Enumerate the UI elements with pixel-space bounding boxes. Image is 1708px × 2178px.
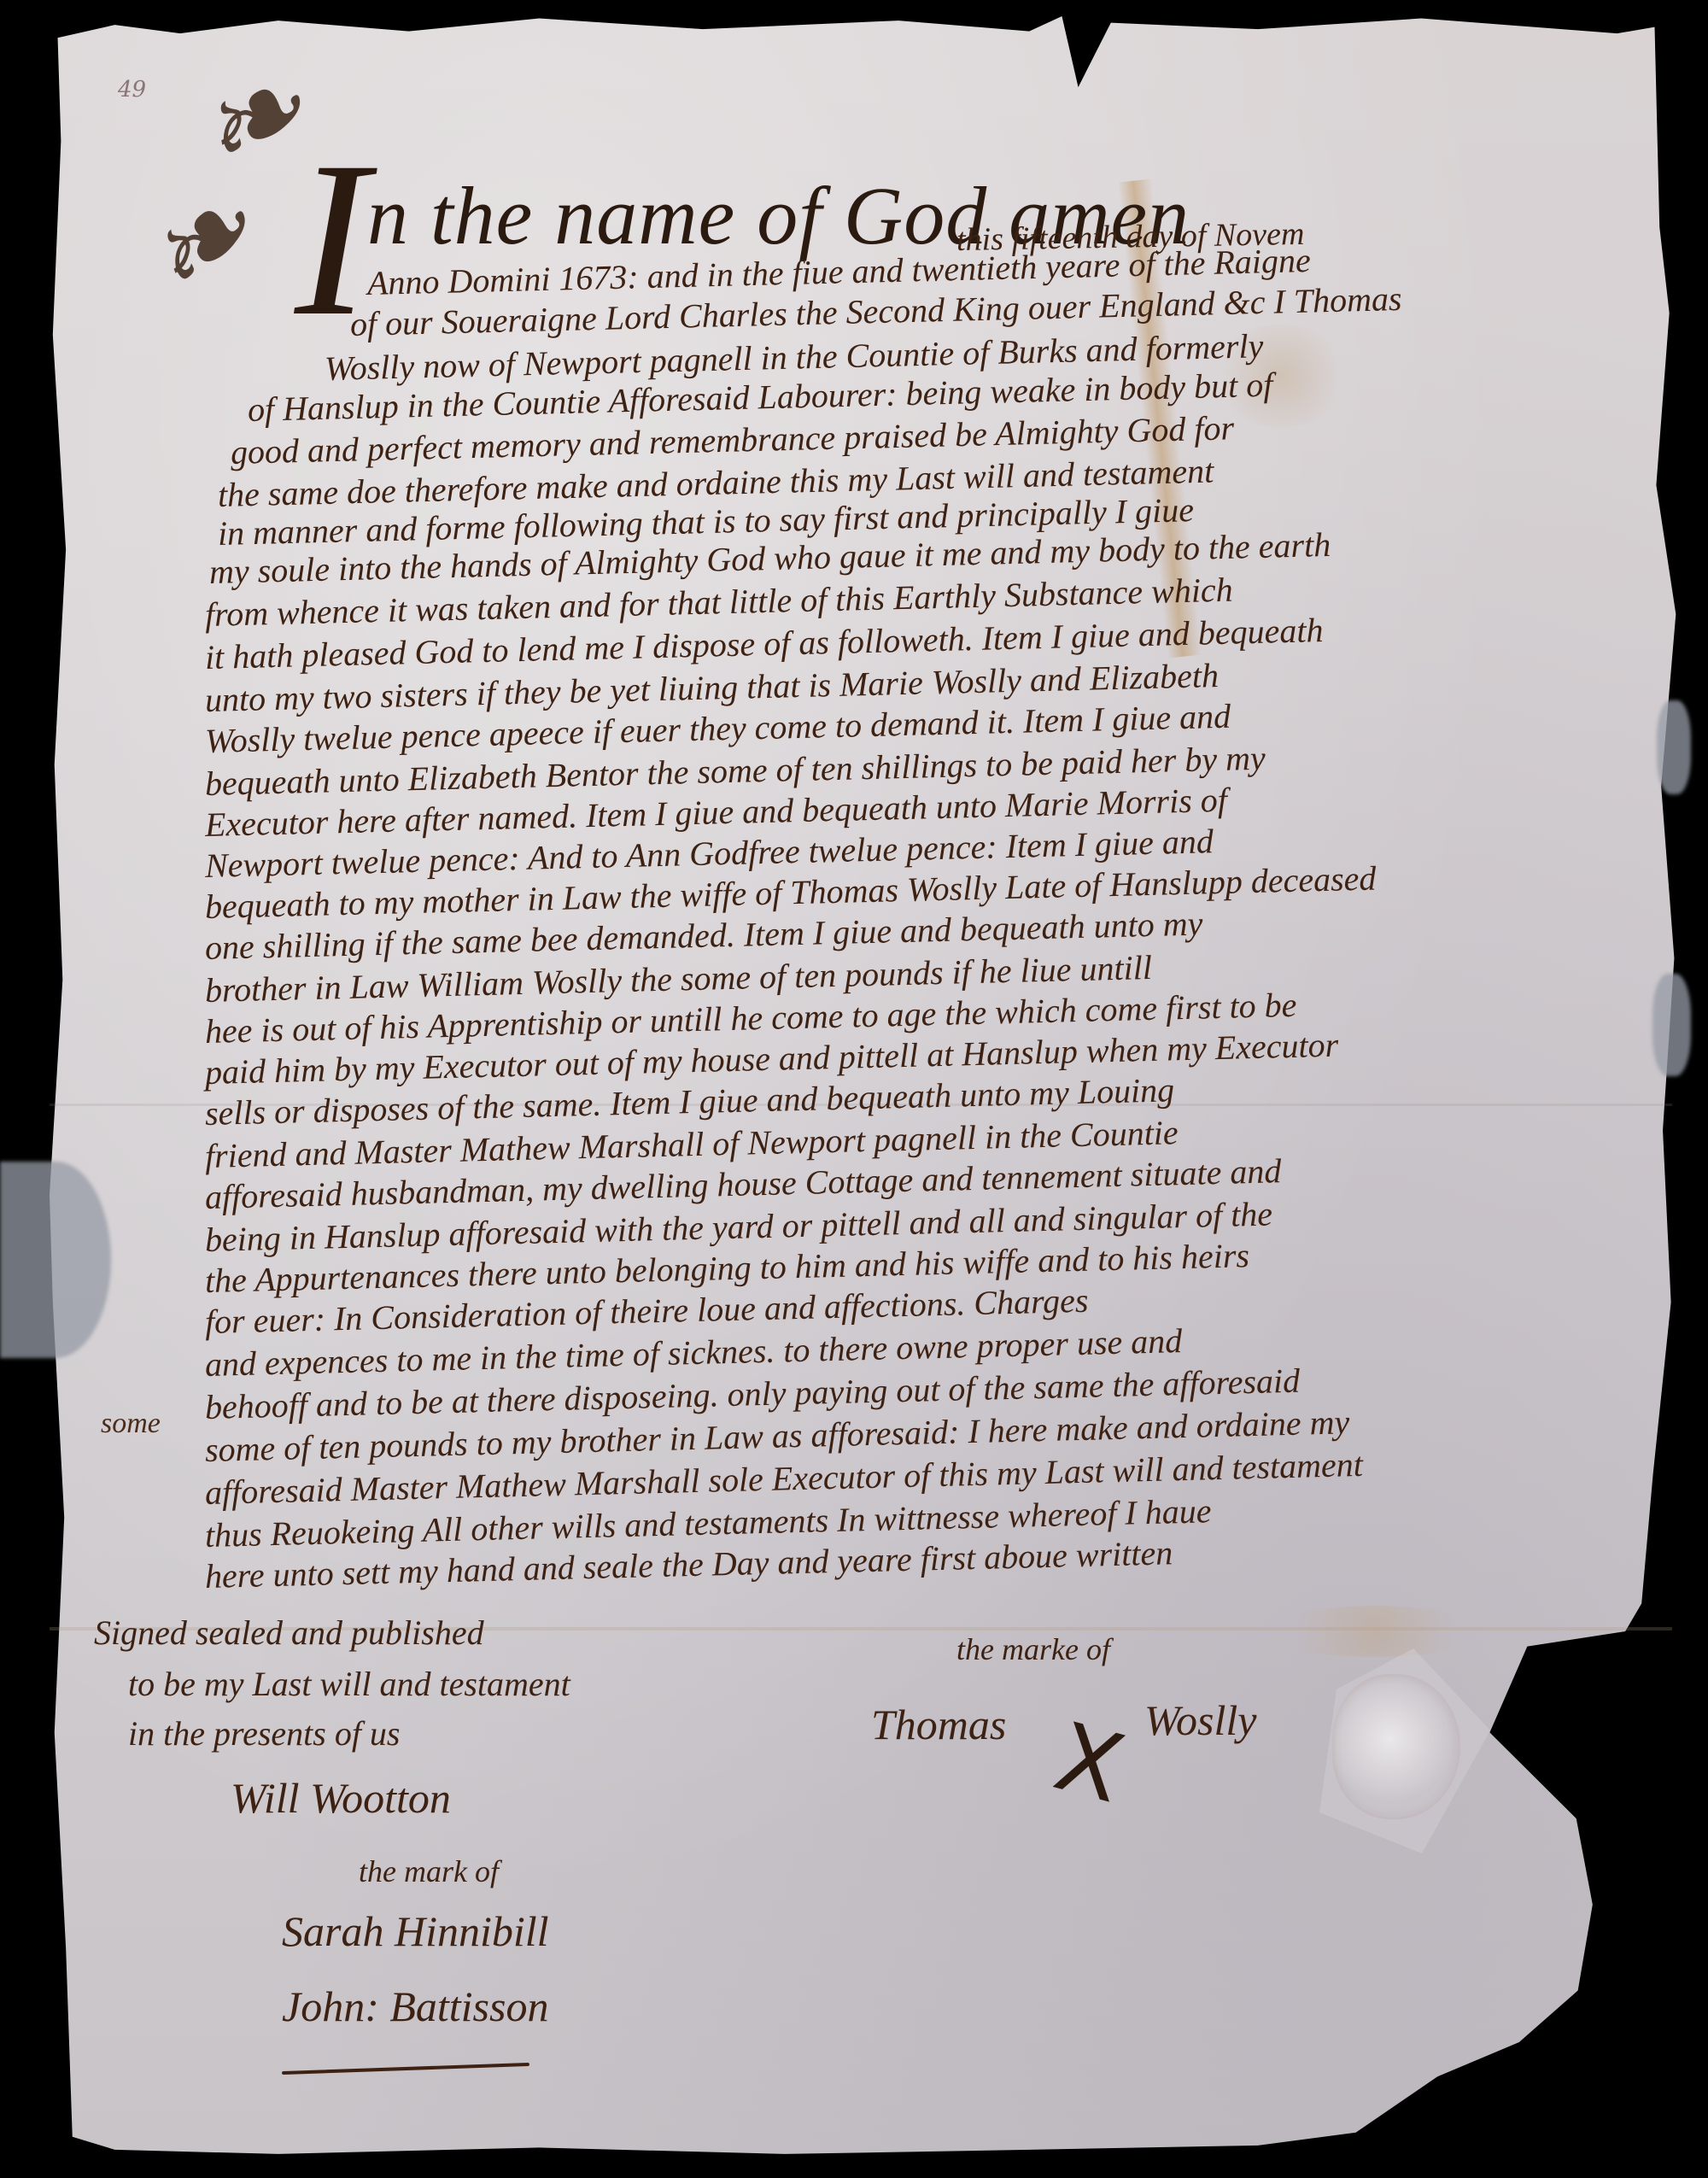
witness-signature: Will Wootton bbox=[231, 1773, 451, 1823]
repair-tape-right-lower bbox=[1652, 974, 1691, 1076]
folio-number: 49 bbox=[118, 77, 146, 102]
foxing-stain bbox=[1264, 1606, 1486, 1657]
attestation-line: in the presents of us bbox=[128, 1713, 401, 1754]
testator-mark-label: the marke of bbox=[956, 1631, 1110, 1667]
repair-tape-left bbox=[0, 1162, 111, 1358]
witness-mark-label: the mark of bbox=[359, 1853, 499, 1889]
testator-first-name: Thomas bbox=[871, 1700, 1006, 1749]
repair-tape-right-upper bbox=[1657, 700, 1691, 794]
witness-signature: Sarah Hinnibill bbox=[282, 1906, 549, 1956]
wax-seal bbox=[1332, 1674, 1460, 1819]
attestation-line: Signed sealed and published bbox=[94, 1613, 484, 1653]
attestation-line: to be my Last will and testament bbox=[128, 1664, 570, 1704]
margin-note: some bbox=[101, 1408, 161, 1440]
testator-surname: Woslly bbox=[1144, 1695, 1257, 1745]
witness-signature: John: Battisson bbox=[282, 1982, 548, 2031]
